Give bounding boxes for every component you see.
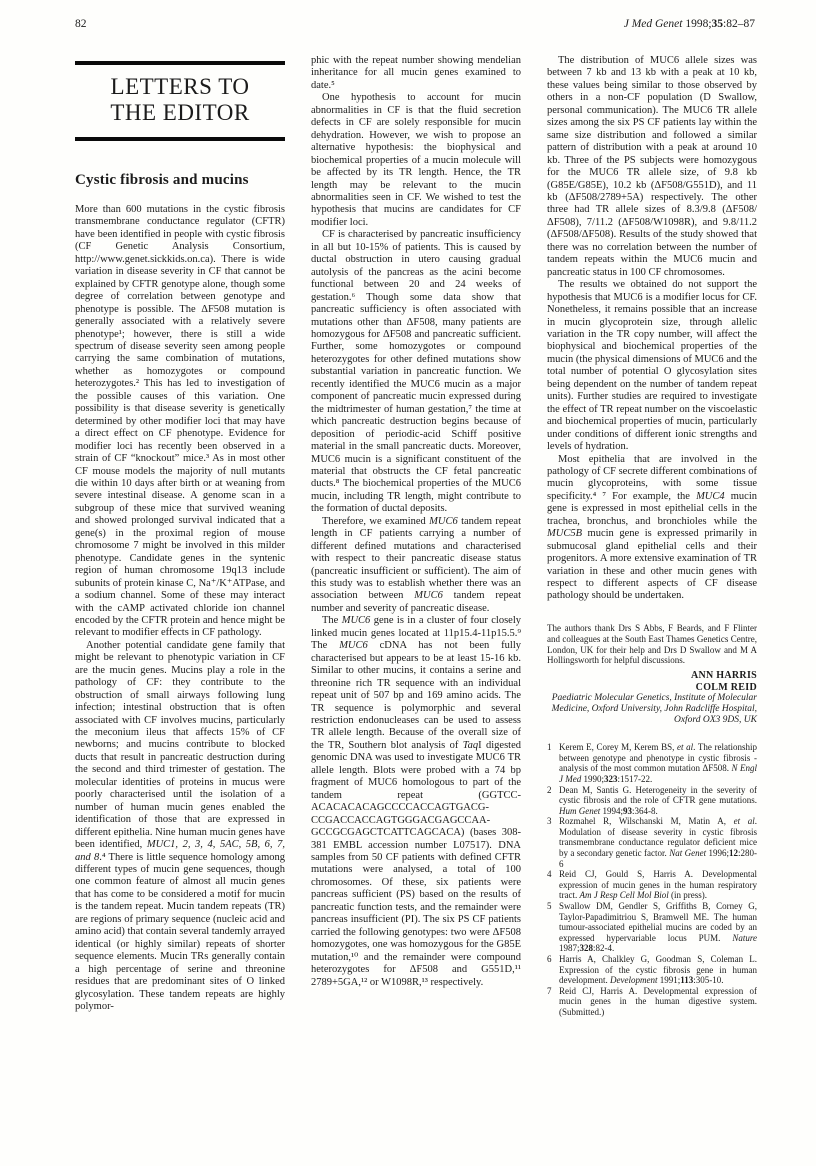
masthead-line-2: THE EDITOR: [75, 100, 285, 126]
reference-item: 1 Kerem E, Corey M, Kerem BS, et al. The…: [547, 742, 757, 784]
running-head: 82 J Med Genet 1998;35:82–87: [75, 18, 755, 30]
article-columns: LETTERS TO THE EDITOR Cystic fibrosis an…: [75, 55, 757, 1018]
journal-year: 1998;: [682, 18, 711, 30]
reference-text: Reid CJ, Harris A. Developmental express…: [559, 986, 757, 1018]
author-name: ANN HARRIS: [547, 670, 757, 682]
journal-page: 82 J Med Genet 1998;35:82–87 LETTERS TO …: [0, 0, 816, 1166]
reference-text: Rozmahel R, Wilschanski M, Matin A, et a…: [559, 816, 757, 869]
reference-number: 4: [547, 869, 559, 901]
reference-text: Kerem E, Corey M, Kerem BS, et al. The r…: [559, 742, 757, 784]
author-affiliation: Paediatric Molecular Genetics, Institute…: [547, 693, 757, 726]
paragraph: Most epithelia that are involved in the …: [547, 454, 757, 603]
paragraph: Therefore, we examined MUC6 tandem repea…: [311, 516, 521, 616]
column-right: The distribution of MUC6 allele sizes wa…: [547, 55, 757, 1018]
article-title: Cystic fibrosis and mucins: [75, 172, 285, 189]
reference-number: 5: [547, 901, 559, 954]
reference-text: Harris A, Chalkley G, Goodman S, Coleman…: [559, 954, 757, 986]
reference-number: 3: [547, 816, 559, 869]
paragraph-continuation: phic with the repeat number showing mend…: [311, 55, 521, 92]
paragraph: The results we obtained do not support t…: [547, 279, 757, 453]
reference-text: Dean M, Santis G. Heterogeneity in the s…: [559, 785, 757, 817]
reference-list: 1 Kerem E, Corey M, Kerem BS, et al. The…: [547, 742, 757, 1017]
reference-number: 7: [547, 986, 559, 1018]
page-number: 82: [75, 18, 87, 30]
reference-number: 6: [547, 954, 559, 986]
reference-item: 4 Reid CJ, Gould S, Harris A. Developmen…: [547, 869, 757, 901]
author-names: ANN HARRIS COLM REID: [547, 670, 757, 693]
column-middle: phic with the repeat number showing mend…: [311, 55, 521, 989]
reference-text: Swallow DM, Gendler S, Griffiths B, Corn…: [559, 901, 757, 954]
section-masthead: LETTERS TO THE EDITOR: [75, 61, 285, 141]
paragraph: One hypothesis to account for mucin abno…: [311, 92, 521, 229]
reference-item: 2 Dean M, Santis G. Heterogeneity in the…: [547, 785, 757, 817]
acknowledgement: The authors thank Drs S Abbs, F Beards, …: [547, 623, 757, 666]
reference-item: 3 Rozmahel R, Wilschanski M, Matin A, et…: [547, 816, 757, 869]
reference-text: Reid CJ, Gould S, Harris A. Developmenta…: [559, 869, 757, 901]
reference-item: 7 Reid CJ, Harris A. Developmental expre…: [547, 986, 757, 1018]
reference-item: 5 Swallow DM, Gendler S, Griffiths B, Co…: [547, 901, 757, 954]
reference-number: 2: [547, 785, 559, 817]
paragraph: The distribution of MUC6 allele sizes wa…: [547, 55, 757, 279]
journal-volume: 35: [712, 18, 724, 30]
paragraph: Another potential candidate gene family …: [75, 640, 285, 1014]
journal-name: J Med Genet: [624, 18, 683, 30]
paragraph: The MUC6 gene is in a cluster of four cl…: [311, 615, 521, 989]
reference-item: 6 Harris A, Chalkley G, Goodman S, Colem…: [547, 954, 757, 986]
journal-pages: :82–87: [723, 18, 755, 30]
paragraph: More than 600 mutations in the cystic fi…: [75, 204, 285, 640]
reference-number: 1: [547, 742, 559, 784]
masthead-line-1: LETTERS TO: [75, 74, 285, 100]
paragraph: CF is characterised by pancreatic insuff…: [311, 229, 521, 515]
journal-citation: J Med Genet 1998;35:82–87: [624, 18, 755, 30]
author-name: COLM REID: [547, 682, 757, 694]
column-left: LETTERS TO THE EDITOR Cystic fibrosis an…: [75, 55, 285, 1013]
